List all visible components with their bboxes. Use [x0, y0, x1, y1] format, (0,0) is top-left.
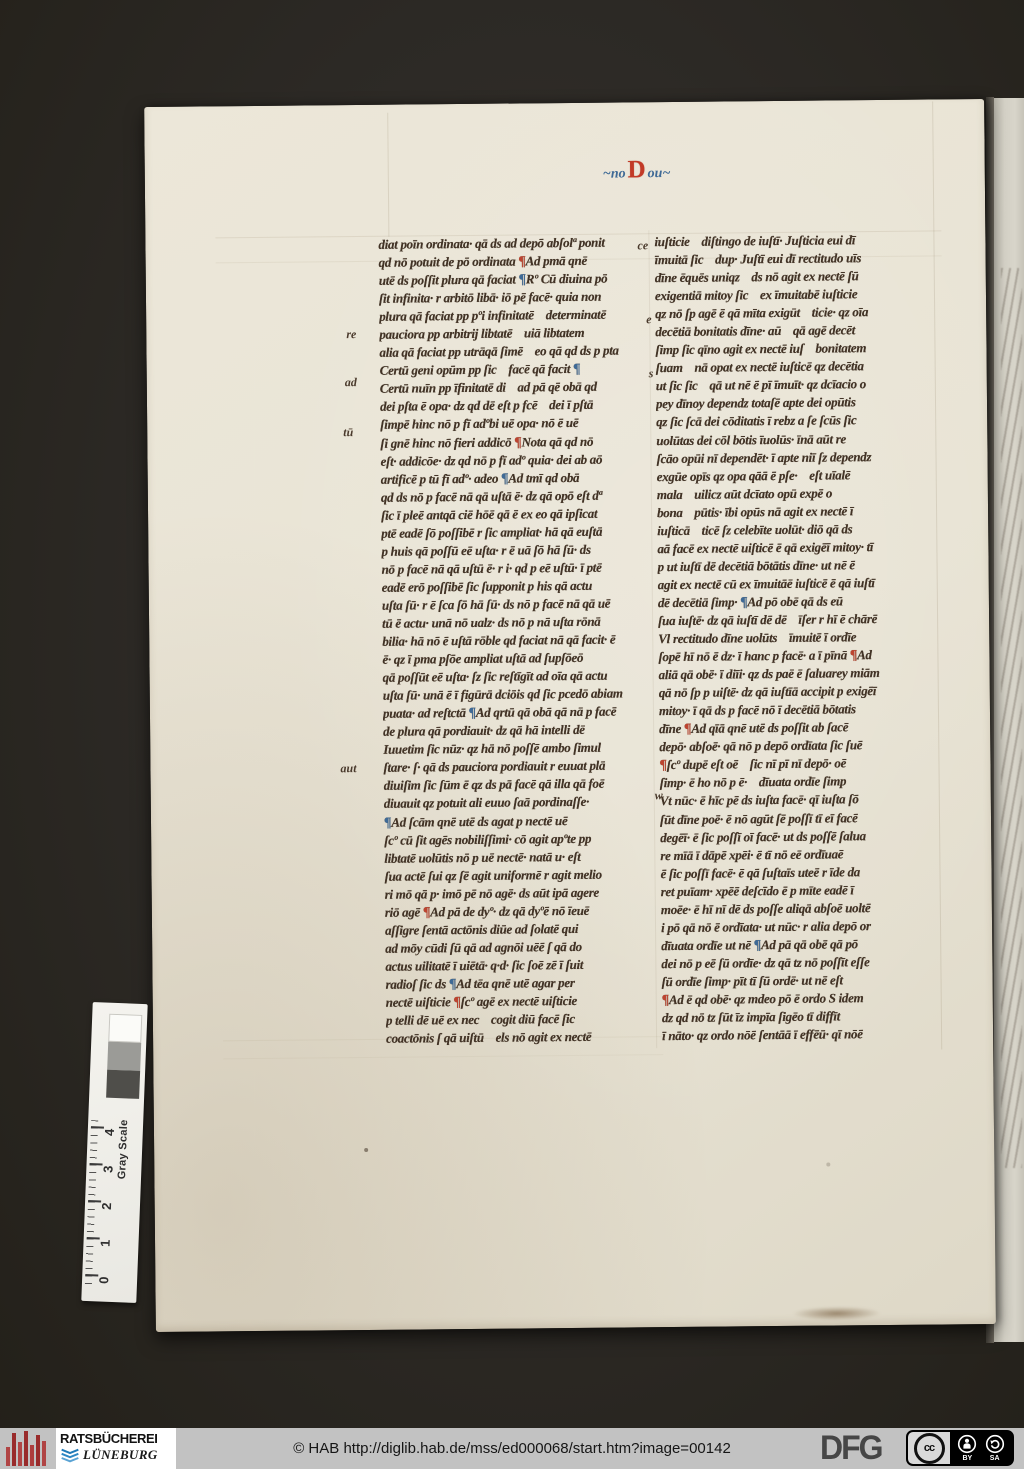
rubric-pilcrow-blue: ¶	[469, 706, 476, 721]
cc-by-label: BY	[962, 1455, 972, 1462]
rubric-pilcrow-blue: ¶	[384, 815, 391, 830]
marginal-note: ad	[345, 375, 357, 390]
marginal-note: e	[646, 312, 651, 327]
library-name-line1: RATSBÜCHEREI	[60, 1431, 173, 1446]
rubric-pilcrow-blue: ¶	[573, 362, 580, 377]
rubric-pilcrow-red: ¶	[423, 905, 430, 920]
rubric-pilcrow-red: ¶	[453, 995, 460, 1010]
marginal-note: w	[655, 788, 663, 803]
ruler-number: 1	[97, 1239, 112, 1247]
library-logo: RATSBÜCHEREI LÜNEBURG	[56, 1428, 176, 1469]
text-column-left: diat poīn ordinata· qā ds ad depō abſolª…	[378, 233, 654, 1050]
ruling-line-horizontal	[223, 1054, 663, 1059]
library-name-line2: LÜNEBURG	[83, 1447, 158, 1463]
luneburg-book-icon	[60, 1448, 80, 1463]
running-title-flourish-left: ~no	[603, 166, 626, 181]
rubric-pilcrow-blue: ¶	[754, 938, 761, 953]
manuscript-text-line: puata· ad reſtctā ¶Ad qrtū qā obā qā nā …	[383, 702, 651, 723]
rubric-pilcrow-blue: ¶	[501, 471, 508, 486]
grayscale-patch-dark	[106, 1070, 140, 1099]
scan-photograph: ~noDou~ diat poīn ordinata· qā ds ad dep…	[0, 0, 1024, 1469]
cc-sa-label: SA	[990, 1455, 1000, 1462]
parchment-speck	[364, 1148, 368, 1152]
library-bars-icon	[6, 1431, 52, 1466]
running-title-flourish-right: ou~	[648, 166, 671, 181]
rubric-pilcrow-red: ¶	[659, 758, 666, 773]
marginal-note: ce	[637, 238, 648, 253]
rubric-pilcrow-blue: ¶	[740, 595, 747, 610]
cc-logo-icon: cc	[914, 1433, 945, 1464]
ruler-number: 3	[100, 1165, 115, 1173]
grayscale-patch-mid	[107, 1042, 141, 1071]
cc-by-person-icon	[957, 1434, 977, 1454]
ruler-ticks	[85, 1120, 98, 1288]
rubric-pilcrow-red: ¶	[684, 722, 691, 737]
rubric-pilcrow-red: ¶	[514, 435, 521, 450]
copyright-url-text[interactable]: © HAB http://diglib.hab.de/mss/ed000068/…	[293, 1428, 731, 1469]
facing-page-text-showthrough	[1001, 268, 1022, 1168]
parchment-speck	[826, 1163, 830, 1167]
manuscript-text-line: utē ds poſſit plura qā faciat ¶Rº Cū diu…	[379, 269, 647, 290]
marginal-note: aut	[340, 761, 356, 776]
text-column-right: iuſticie diſtingo de iuſtī· Juſticia eui…	[654, 230, 942, 1047]
cc-sa-arrow-icon	[985, 1434, 1005, 1454]
ruler-number: 2	[99, 1202, 114, 1210]
manuscript-text-line: uſta ſū· r ē ſca ſō hā ſū· ds nō p facē …	[382, 594, 650, 615]
parchment-stain	[792, 1306, 882, 1321]
manuscript-text-line: bilia· hā nō ē uſtā rōble qd faciat nā q…	[382, 630, 650, 651]
footer-bar: RATSBÜCHEREI LÜNEBURG © HAB http://digli…	[0, 1428, 1024, 1469]
manuscript-text-line: alia qā faciat pp utrāqā ſimē eo qā qd d…	[379, 342, 647, 363]
marginal-note: re	[346, 327, 356, 342]
manuscript-text-line: ī nāto· qz ordo nōē ſentāā ī effēū· qī n…	[662, 1025, 942, 1046]
ruling-line-vertical	[387, 113, 389, 237]
cc-logo-cell: cc	[908, 1432, 950, 1464]
grayscale-patches	[106, 1014, 142, 1099]
rubric-pilcrow-red: ¶	[662, 993, 669, 1008]
running-title: ~noDou~	[603, 155, 743, 190]
marginal-note: tū	[343, 425, 353, 440]
rubric-pilcrow-blue: ¶	[449, 977, 456, 992]
marginal-note: s	[649, 366, 654, 381]
grayscale-card-label: Gray Scale	[116, 1119, 130, 1179]
ruler-number: 0	[96, 1276, 111, 1284]
manuscript-text-line: coactōnis ſ qā uiſtū els nō agit ex nect…	[386, 1027, 654, 1048]
dfg-logo: DFG	[820, 1428, 882, 1468]
grayscale-card: Gray Scale 4 3 2 1 0	[81, 1002, 147, 1303]
manuscript-page: ~noDou~ diat poīn ordinata· qā ds ad dep…	[144, 99, 996, 1332]
rubric-pilcrow-red: ¶	[518, 254, 525, 269]
facing-page-edge	[994, 98, 1024, 1342]
rubric-pilcrow-red: ¶	[850, 648, 857, 663]
cc-license-badge[interactable]: cc BY SA	[906, 1430, 1014, 1466]
cc-terms-cell: BY SA	[950, 1432, 1012, 1464]
running-title-initial: D	[625, 156, 647, 183]
ruler-number: 4	[102, 1128, 117, 1136]
grayscale-patch-white	[108, 1014, 142, 1043]
rubric-pilcrow-blue: ¶	[519, 272, 526, 287]
